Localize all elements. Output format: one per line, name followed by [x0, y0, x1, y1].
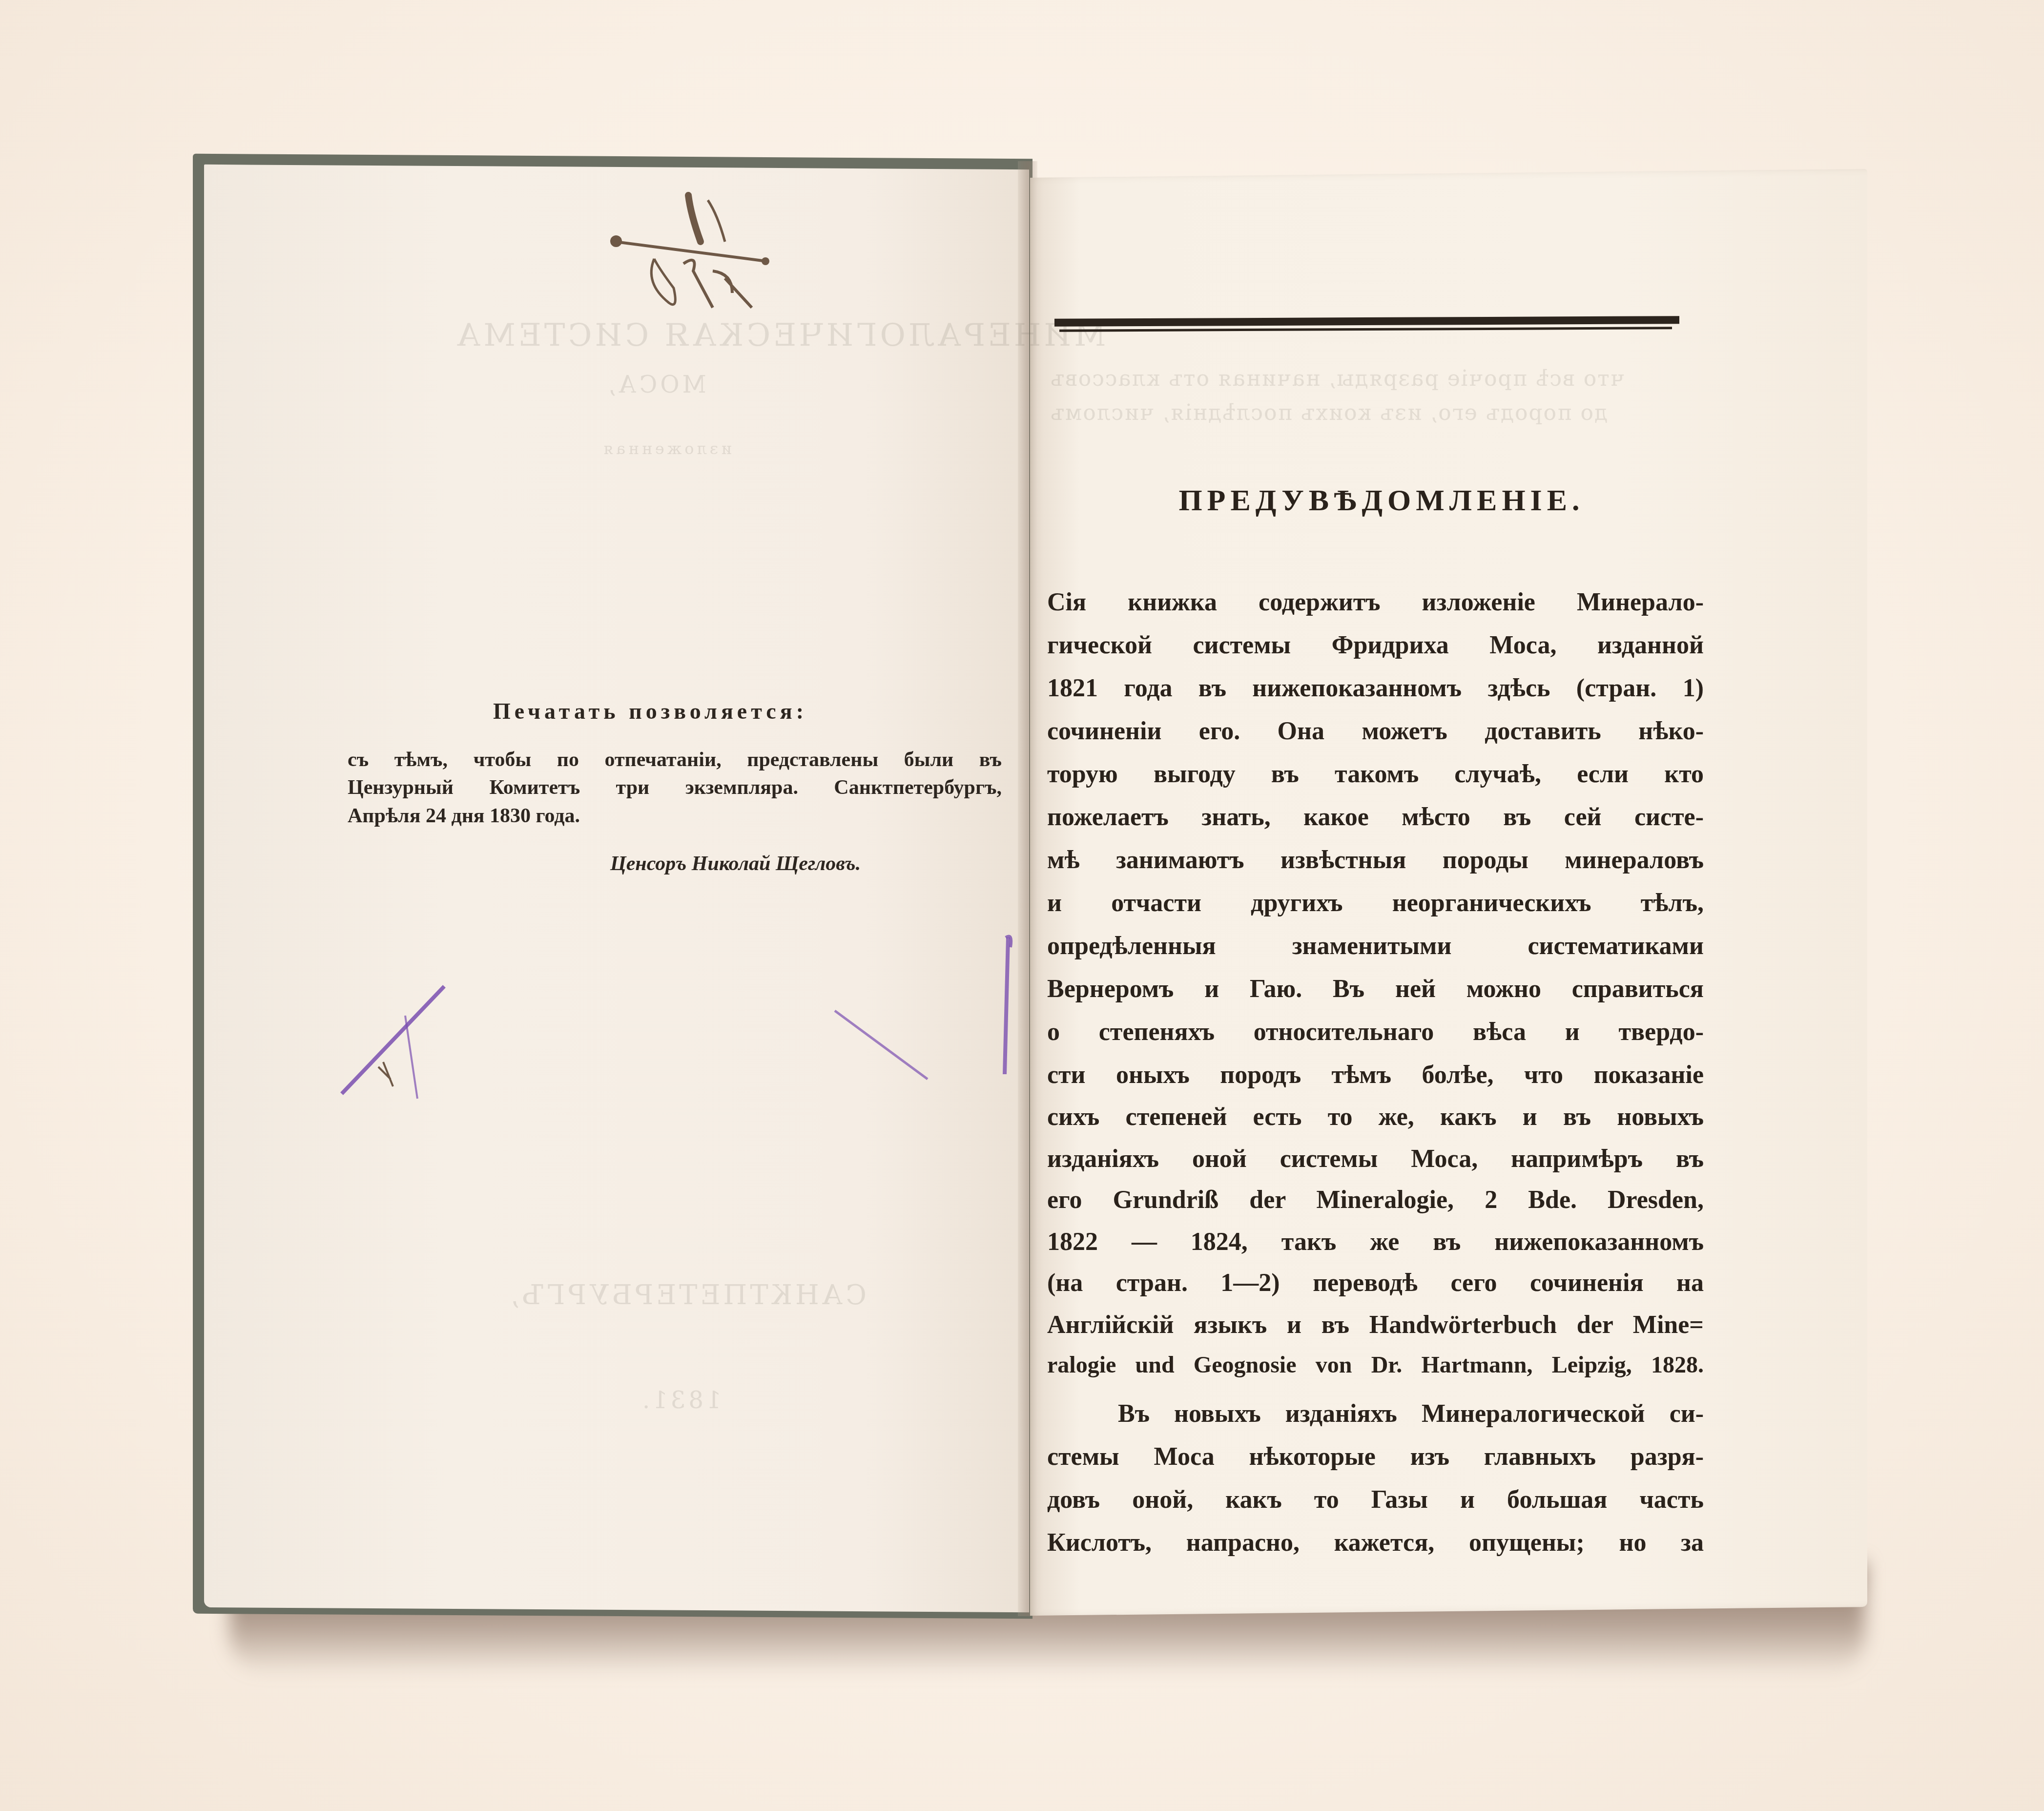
- handwritten-shelfmark: [605, 186, 810, 312]
- text-line: Сія книжка содержитъ изложеніе Минерало-: [1047, 590, 1704, 615]
- violet-stroke-icon: [830, 1006, 957, 1084]
- text-line: сочиненіи его. Она можетъ доставить нѣко…: [1047, 719, 1704, 744]
- text-line: его Grundriß der Mineralogie, 2 Bde. Dre…: [1047, 1187, 1704, 1213]
- text-line: и отчасти другихъ неорганическихъ тѣлъ,: [1047, 891, 1704, 916]
- page-heading: ПРЕДУВѢДОМЛЕНІЕ.: [1089, 483, 1674, 518]
- text-line: (на стран. 1—2) переводѣ сего сочиненія …: [1047, 1270, 1704, 1296]
- imprimatur-line: Цензурный Комитетъ три экземпляра. Санкт…: [348, 777, 1002, 798]
- text-line: Кислотъ, напрасно, кажется, опущены; но …: [1047, 1530, 1704, 1556]
- violet-cross-mark-icon: [332, 977, 459, 1103]
- text-line: о степеняхъ относительнаго вѣса и твердо…: [1047, 1020, 1704, 1045]
- text-line: изданіяхъ оной системы Моса, напримѣръ в…: [1047, 1146, 1704, 1172]
- text-line: Въ новыхъ изданіяхъ Минералогической си-: [1118, 1401, 1704, 1427]
- imprimatur-title: Печатать позволяется:: [493, 698, 981, 724]
- ghost-right-2: до породъ его, изъ коихъ послѣднія, числ…: [1050, 400, 1608, 425]
- text-line: Вернеромъ и Гаю. Въ ней можно справиться: [1047, 977, 1704, 1002]
- text-line: 1822 — 1824, такъ же въ нижепоказанномъ: [1047, 1229, 1704, 1255]
- text-line: 1821 года въ нижепоказанномъ здѣсь (стра…: [1047, 676, 1704, 701]
- text-line: стемы Моса нѣкоторые изъ главныхъ разря-: [1047, 1444, 1704, 1470]
- text-line: торую выгоду въ такомъ случаѣ, если кто: [1047, 762, 1704, 787]
- ghost-right-1: что всѣ прочіе разряды, начиная отъ клас…: [1050, 366, 1625, 391]
- text-line: Англійскій языкъ и въ Handwörterbuch der…: [1047, 1312, 1704, 1338]
- censor-signature: Ценсоръ Николай Щегловъ.: [610, 852, 861, 875]
- imprimatur-line: съ тѣмъ, чтобы по отпечатаніи, представл…: [348, 749, 1002, 770]
- text-line: сихъ степеней есть то же, какъ и въ новы…: [1047, 1104, 1704, 1130]
- violet-vertical-stroke-icon: [991, 928, 1020, 1133]
- text-line: опредѣленныя знаменитыми систематиками: [1047, 934, 1704, 959]
- text-line: гической системы Фридриха Моса, изданной: [1047, 633, 1704, 658]
- text-line: мѣ занимаютъ извѣстныя породы минераловъ: [1047, 848, 1704, 873]
- ghost-year: 1831.: [640, 1387, 721, 1414]
- text-line: сти оныхъ породъ тѣмъ болѣе, что показан…: [1047, 1062, 1704, 1088]
- ghost-line: изложенная: [600, 439, 732, 458]
- text-line: ralogie und Geognosie von Dr. Hartmann, …: [1047, 1353, 1704, 1377]
- ghost-city: САНКТПЕТЕРБУРГЪ,: [508, 1279, 867, 1311]
- text-line: пожелаетъ знать, какое мѣсто въ сей сист…: [1047, 805, 1704, 830]
- ghost-subtitle: МОСА,: [605, 371, 706, 398]
- ghost-title: МИНЕРАЛОГИЧЕСКАЯ СИСТЕМА: [454, 317, 1106, 354]
- text-line: довъ оной, какъ то Газы и большая часть: [1047, 1487, 1704, 1513]
- imprimatur-line: Апрѣля 24 дня 1830 года.: [348, 806, 1002, 826]
